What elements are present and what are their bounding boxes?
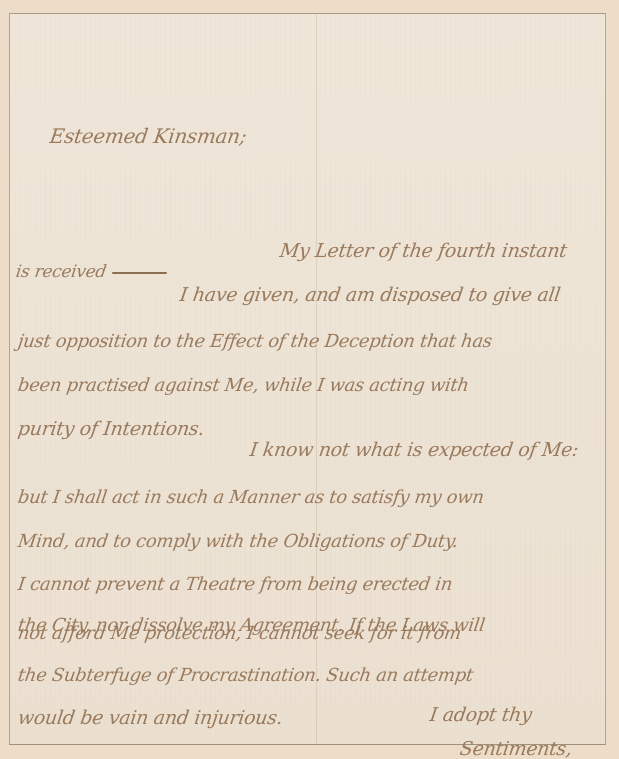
flourish-dash (112, 272, 167, 274)
letter-line: Mind, and to comply with the Obligations… (17, 531, 460, 552)
letter-line: is received (15, 262, 108, 282)
letter-line: the Subterfuge of Procrastination. Such … (17, 665, 475, 686)
letter-line: would be vain and injurious. (16, 707, 284, 729)
letter-line: been practised against Me, while I was a… (17, 375, 471, 396)
letter-line: just opposition to the Effect of the Dec… (17, 331, 494, 352)
letter-line: I adopt thy (428, 704, 533, 726)
letter-line-group: is received (16, 262, 167, 282)
letter-line: My Letter of the fourth instant (278, 240, 568, 262)
letter-line: purity of Intentions. (16, 418, 205, 440)
letter-page: Esteemed Kinsman; My Letter of the fourt… (9, 13, 606, 745)
letter-line: I know not what is expected of Me: (248, 439, 579, 461)
closing-line: Sentiments, (458, 738, 573, 759)
letter-line: not afford Me protection, I cannot seek … (17, 623, 463, 644)
letter-line: but I shall act in such a Manner as to s… (17, 487, 486, 508)
letter-line: I cannot prevent a Theatre from being er… (17, 574, 454, 595)
letter-line: I have given, and am disposed to give al… (178, 284, 561, 306)
salutation: Esteemed Kinsman; (48, 124, 248, 148)
